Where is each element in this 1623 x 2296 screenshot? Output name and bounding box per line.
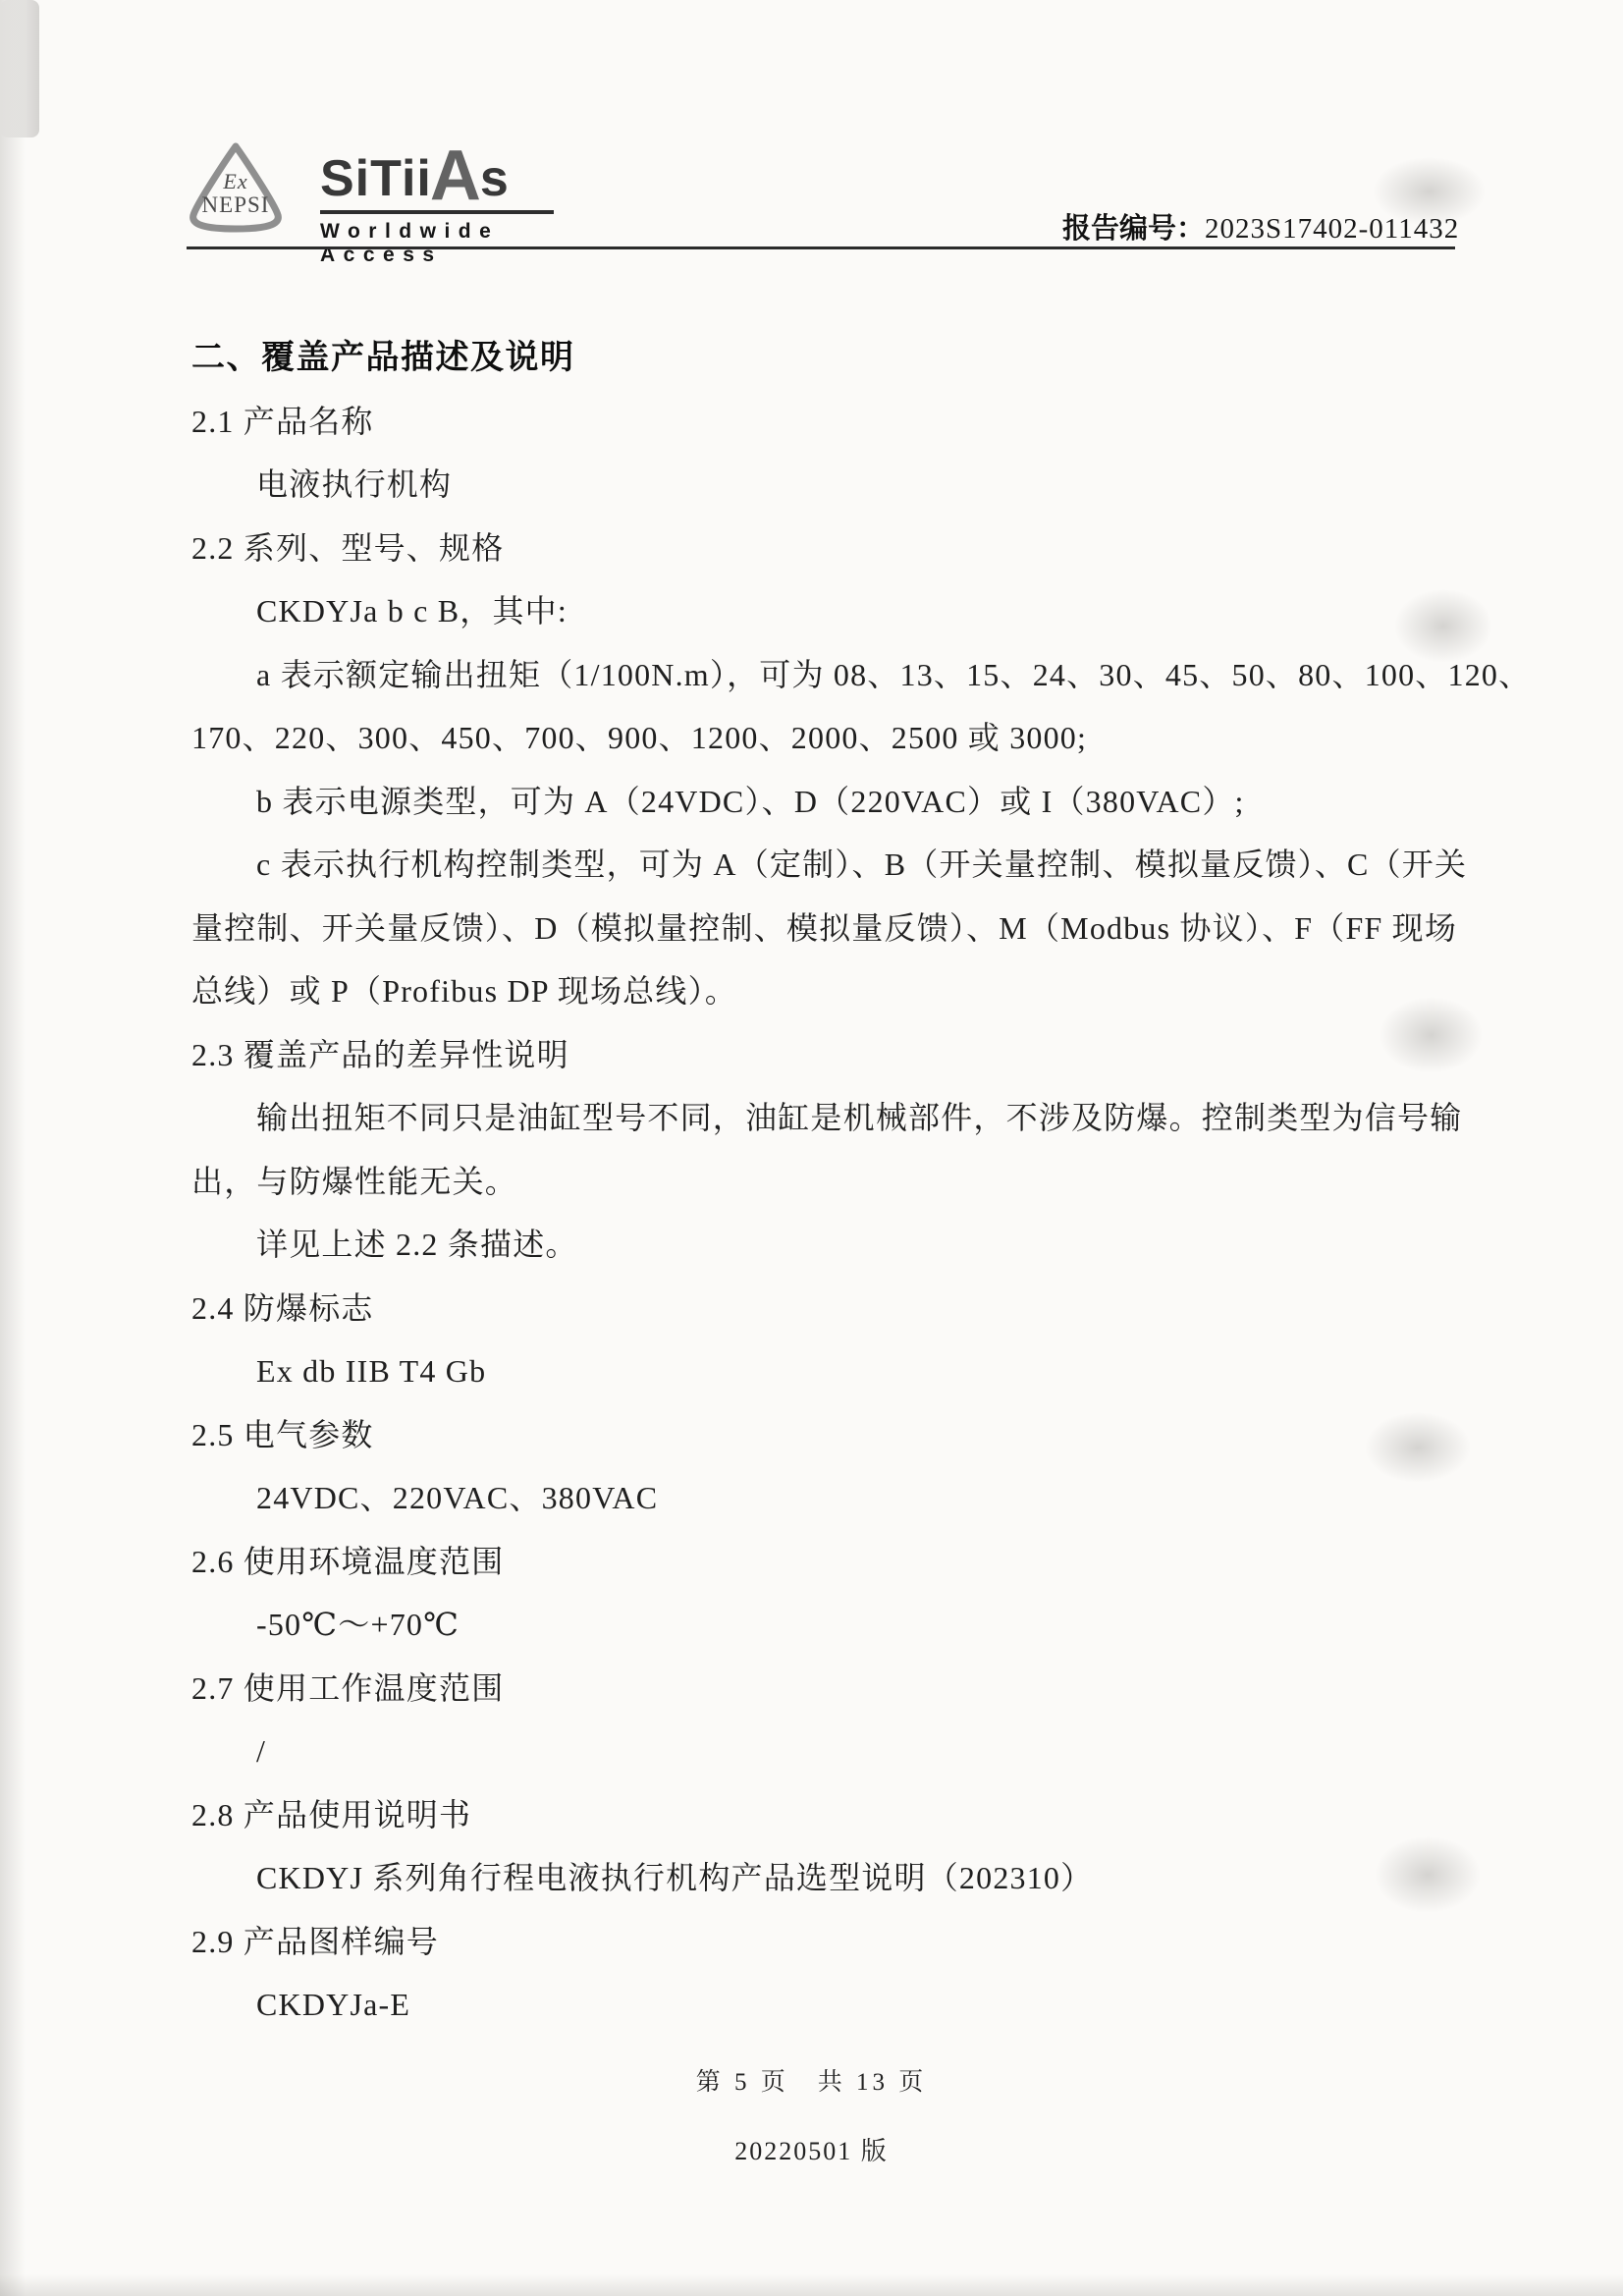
doc-line: c 表示执行机构控制类型，可为 A（定制）、B（开关量控制、模拟量反馈）、C（开…: [191, 833, 1468, 897]
brand-text: SiTii: [320, 149, 432, 208]
scan-edge-shadow-left: [0, 0, 26, 2296]
clause-2-8-value: CKDYJ 系列角行程电液执行机构产品选型说明（202310）: [191, 1846, 1468, 1910]
clause-2-5-value: 24VDC、220VAC、380VAC: [191, 1466, 1468, 1530]
scan-edge-shadow-bottom: [0, 2274, 1623, 2296]
clause-2-4-label: 2.4 防爆标志: [191, 1277, 1468, 1340]
report-number-value: 2023S17402-011432: [1205, 213, 1459, 245]
doc-line: b 表示电源类型，可为 A（24VDC）、D（220VAC）或 I（380VAC…: [191, 770, 1468, 834]
clause-2-3-label: 2.3 覆盖产品的差异性说明: [191, 1023, 1468, 1087]
section-title: 二、覆盖产品描述及说明: [191, 326, 1468, 390]
clause-2-7-label: 2.7 使用工作温度范围: [191, 1657, 1468, 1721]
clause-2-7-value: /: [191, 1720, 1468, 1783]
brand-text: s: [480, 149, 510, 208]
clause-2-1-label: 2.1 产品名称: [191, 390, 1468, 454]
sitiias-wordmark: SiTiiAs: [320, 137, 566, 208]
clause-2-5-label: 2.5 电气参数: [191, 1403, 1468, 1467]
nepsi-ex-certification-logo: Ex NEPSI: [185, 141, 287, 234]
doc-line: 详见上述 2.2 条描述。: [191, 1213, 1468, 1277]
brand-tagline: Worldwide Access: [320, 220, 566, 267]
doc-line: a 表示额定输出扭矩（1/100N.m），可为 08、13、15、24、30、4…: [191, 643, 1468, 707]
clause-2-9-value: CKDYJa-E: [191, 1973, 1468, 2037]
doc-line: 量控制、开关量反馈）、D（模拟量控制、模拟量反馈）、M（Modbus 协议）、F…: [191, 897, 1468, 960]
clause-2-2-label: 2.2 系列、型号、规格: [191, 517, 1468, 580]
clause-2-8-label: 2.8 产品使用说明书: [191, 1783, 1468, 1847]
clause-2-1-value: 电液执行机构: [191, 453, 1468, 517]
document-page: Ex NEPSI SiTiiAs Worldwide Access 报告编号：2…: [0, 0, 1623, 2296]
clause-2-6-label: 2.6 使用环境温度范围: [191, 1530, 1468, 1594]
brand-big-a: A: [430, 143, 482, 208]
report-number: 报告编号：2023S17402-011432: [1062, 206, 1459, 246]
version-label: 20220501 版: [0, 2131, 1623, 2167]
doc-line: 出，与防爆性能无关。: [191, 1150, 1468, 1214]
document-body: 二、覆盖产品描述及说明 2.1 产品名称 电液执行机构 2.2 系列、型号、规格…: [191, 326, 1468, 2037]
clause-2-4-value: Ex db IIB T4 Gb: [191, 1339, 1468, 1403]
nepsi-ex-label: Ex: [223, 171, 247, 192]
page-number: 第 5 页 共 13 页: [0, 2062, 1623, 2098]
report-number-label: 报告编号：: [1062, 213, 1205, 245]
clause-2-6-value: -50℃～+70℃: [191, 1593, 1468, 1657]
nepsi-name-label: NEPSI: [202, 192, 270, 218]
doc-line: CKDYJa b c B，其中:: [191, 579, 1468, 643]
clause-2-9-label: 2.9 产品图样编号: [191, 1910, 1468, 1974]
header-divider: [187, 246, 1455, 249]
doc-line: 170、220、300、450、700、900、1200、2000、2500 或…: [191, 706, 1468, 770]
doc-line: 输出扭矩不同只是油缸型号不同，油缸是机械部件，不涉及防爆。控制类型为信号输: [191, 1086, 1468, 1150]
doc-line: 总线）或 P（Profibus DP 现场总线）。: [191, 959, 1468, 1023]
